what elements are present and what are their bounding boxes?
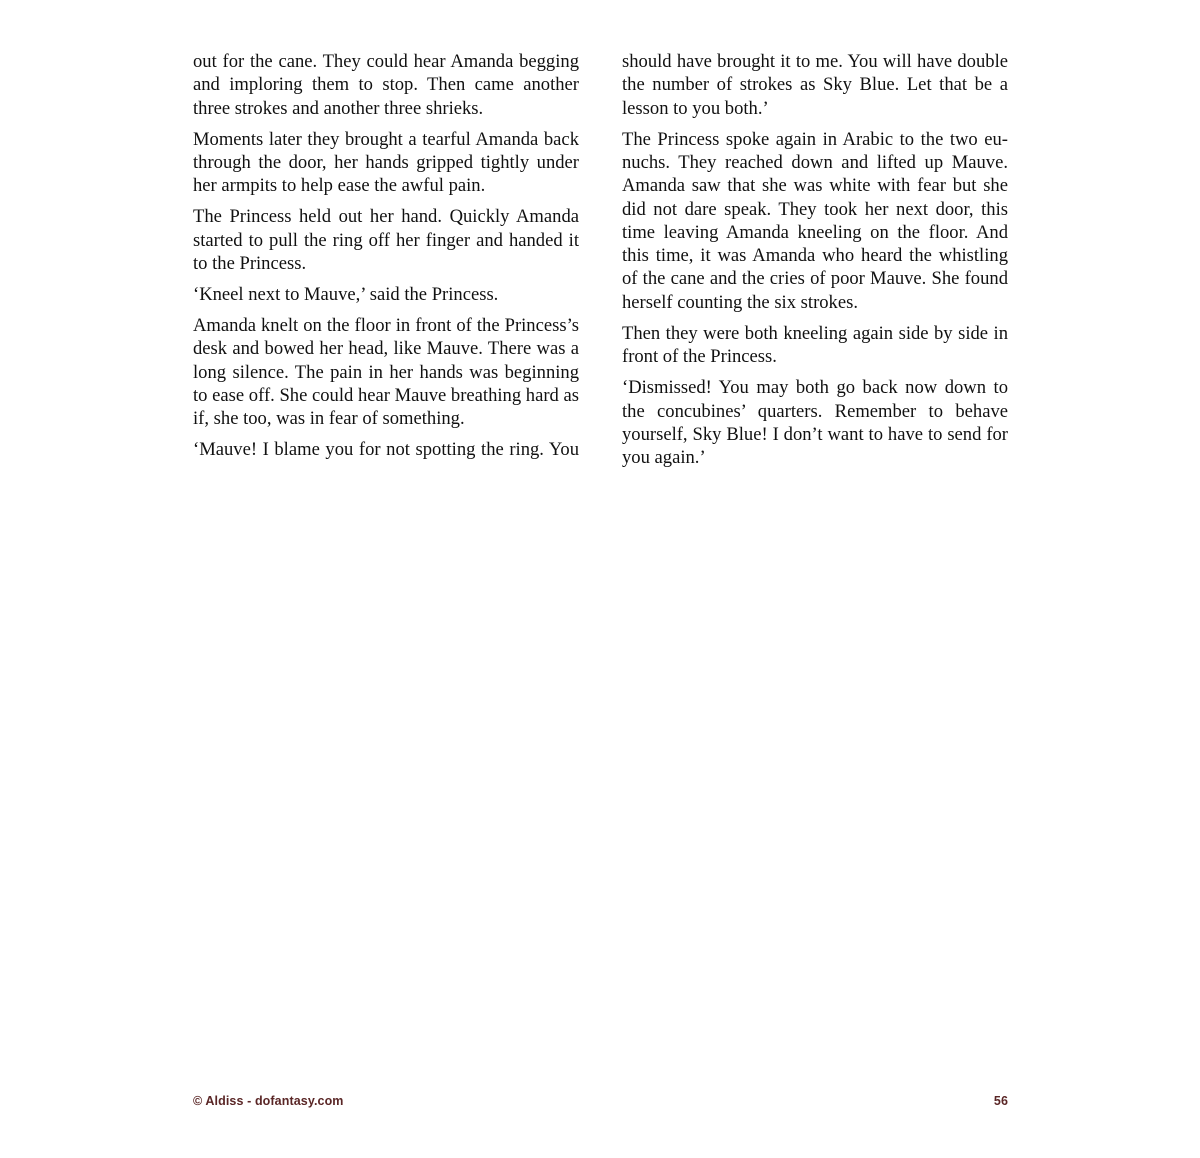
- footer-copyright: © Aldiss - dofantasy.com: [193, 1094, 344, 1108]
- right-text-column: should have brought it to me. You will h…: [622, 50, 1008, 477]
- paragraph: The Princess held out her hand. Quickly …: [193, 205, 579, 275]
- paragraph: ‘Kneel next to Mauve,’ said the Princess…: [193, 283, 579, 306]
- paragraph: ‘Dismissed! You may both go back now dow…: [622, 376, 1008, 469]
- document-page: out for the cane. They could hear Amanda…: [0, 0, 1200, 1158]
- page-number: 56: [994, 1094, 1008, 1108]
- paragraph: should have brought it to me. You will h…: [622, 50, 1008, 120]
- left-text-column: out for the cane. They could hear Amanda…: [193, 50, 579, 470]
- paragraph: ‘Mauve! I blame you for not spotting the…: [193, 438, 579, 461]
- paragraph: Then they were both kneeling again side …: [622, 322, 1008, 369]
- paragraph: Amanda knelt on the floor in front of th…: [193, 314, 579, 430]
- paragraph: Moments later they brought a tearful Ama…: [193, 128, 579, 198]
- paragraph: out for the cane. They could hear Amanda…: [193, 50, 579, 120]
- paragraph: The Princess spoke again in Arabic to th…: [622, 128, 1008, 314]
